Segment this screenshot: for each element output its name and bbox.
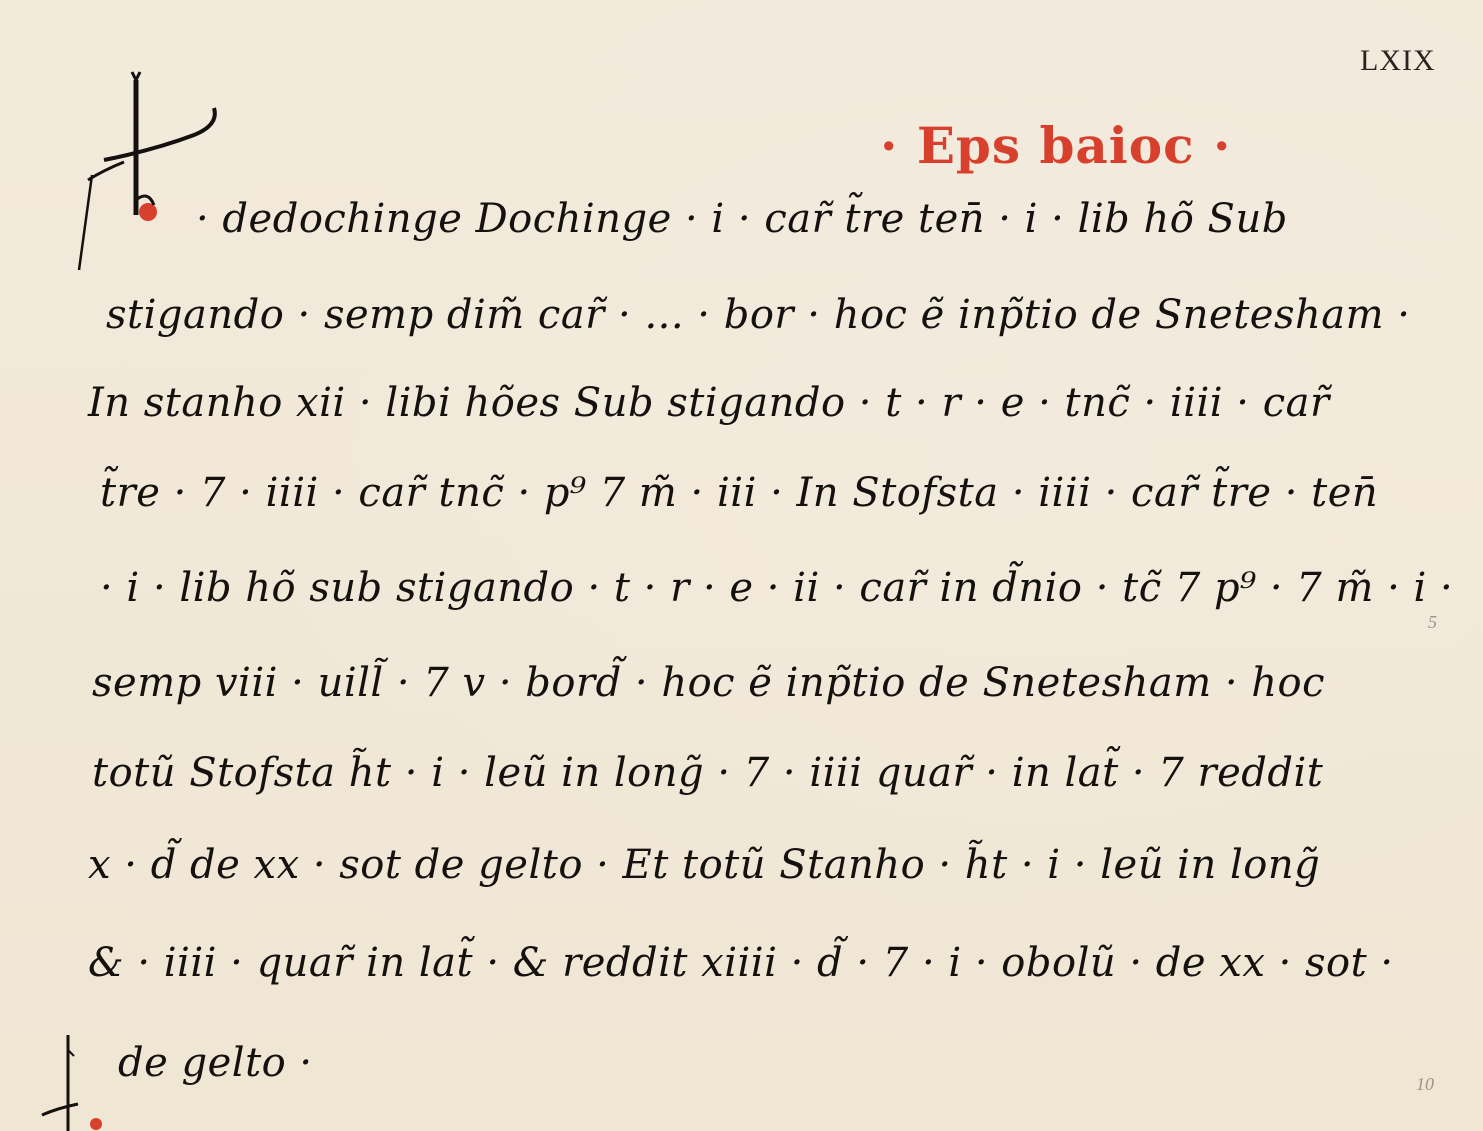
bracket-mark-icon <box>38 1020 118 1131</box>
decorated-initial-h-icon <box>74 70 224 280</box>
rubric-heading: · Eps baioc · <box>880 116 1231 175</box>
text-line-2: stigando · semp dim̃ car̃ · ... · bor · … <box>106 292 1410 338</box>
text-line-10: de gelto · <box>118 1040 313 1086</box>
text-line-5: · i · lib hõ sub stigando · t · r · e · … <box>100 565 1453 611</box>
text-line-3: In stanho xii · libi hões Sub stigando ·… <box>88 380 1330 426</box>
text-line-6: semp viii · uill̃ · 7 v · bord̃ · hoc ẽ … <box>92 660 1325 706</box>
text-line-9: & · iiii · quar̃ in lat̃ · & reddit xiii… <box>88 940 1394 986</box>
folio-number: LXIX <box>1360 44 1436 78</box>
margin-line-number-10: 10 <box>1416 1074 1434 1095</box>
red-initial-fragment <box>90 1118 102 1130</box>
manuscript-page: LXIX · Eps baioc · · dedochinge Dochinge… <box>0 0 1483 1131</box>
margin-line-number-5: 5 <box>1428 612 1437 633</box>
text-line-7: totũ Stofsta h̃t · i · leũ in long̃ · 7 … <box>92 750 1323 796</box>
text-line-8: x · d̃ de xx · sot de gelto · Et totũ St… <box>88 842 1320 888</box>
text-line-1: · dedochinge Dochinge · i · car̃ t̃re te… <box>196 196 1288 242</box>
text-line-4: t̃re · 7 · iiii · car̃ tnc̃ · p⁹ 7 m̃ · … <box>100 470 1378 516</box>
